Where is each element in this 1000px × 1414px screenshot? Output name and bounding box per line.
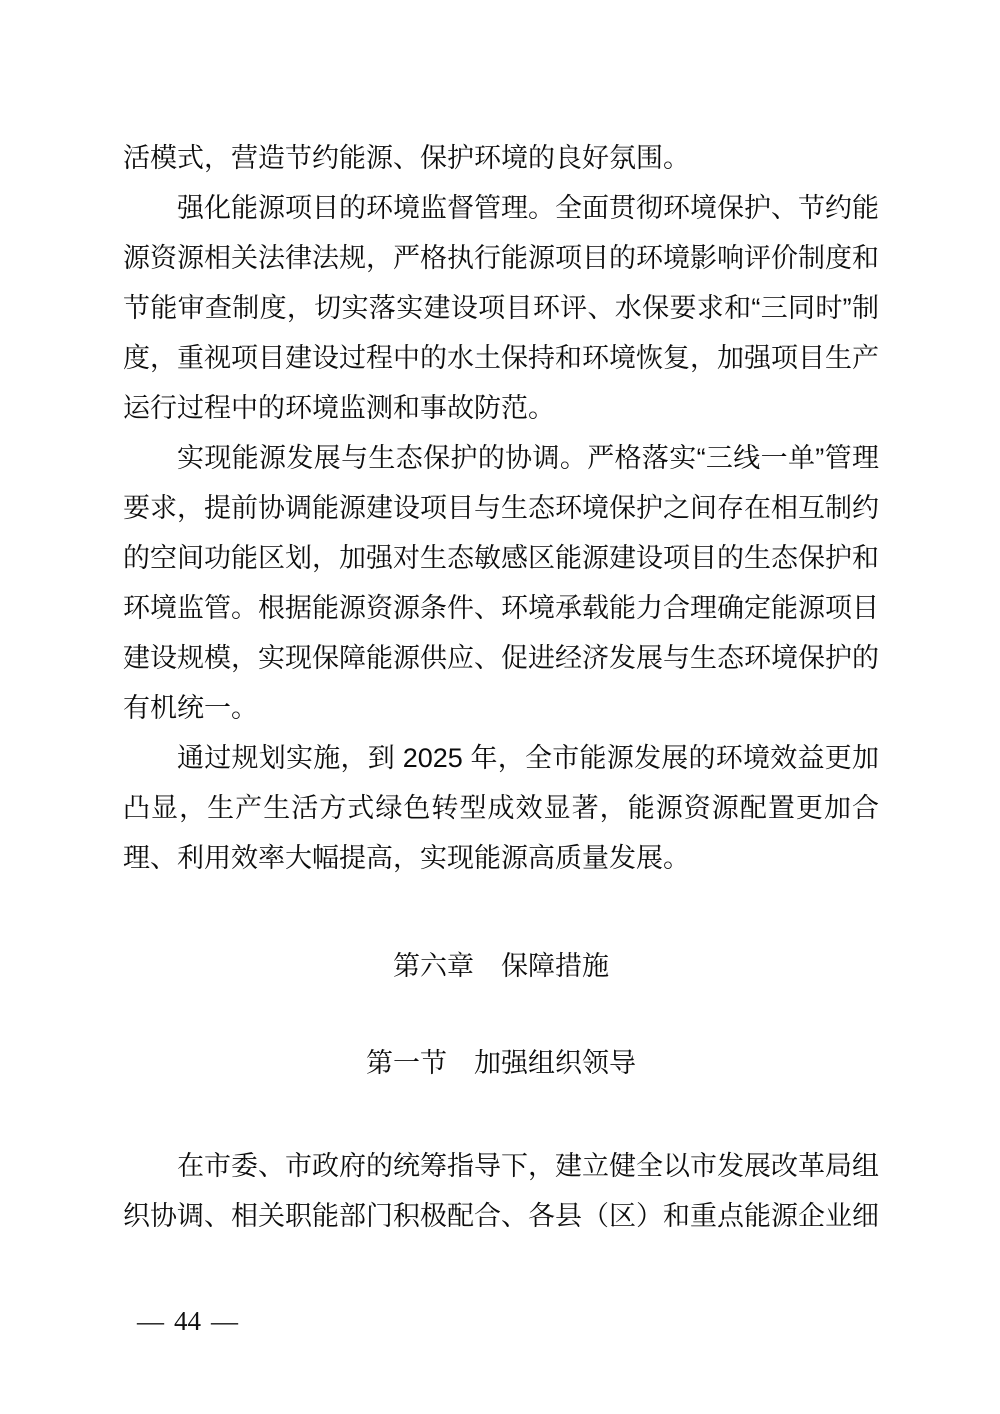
document-page: 活模式，营造节约能源、保护环境的良好氛围。 强化能源项目的环境监督管理。全面贯彻… xyxy=(0,0,1000,1414)
paragraph-continuation: 活模式，营造节约能源、保护环境的良好氛围。 xyxy=(123,133,879,183)
paragraph-eco-coordination: 实现能源发展与生态保护的协调。严格落实“三线一单”管理要求，提前协调能源建设项目… xyxy=(123,433,879,733)
chapter-heading: 第六章 保障措施 xyxy=(123,941,879,991)
page-number-dash-right: — xyxy=(211,1306,238,1336)
paragraph-org-leadership: 在市委、市政府的统筹指导下，建立健全以市发展改革局组织协调、相关职能部门积极配合… xyxy=(123,1141,879,1241)
page-number-dash-left: — xyxy=(137,1306,164,1336)
section-heading: 第一节 加强组织领导 xyxy=(123,1038,879,1088)
document-body: 活模式，营造节约能源、保护环境的良好氛围。 强化能源项目的环境监督管理。全面贯彻… xyxy=(123,133,879,1241)
page-footer: — 44 — xyxy=(137,1306,238,1336)
paragraph-plan-outcome: 通过规划实施，到 2025 年，全市能源发展的环境效益更加凸显，生产生活方式绿色… xyxy=(123,733,879,883)
page-number: 44 xyxy=(174,1306,201,1336)
paragraph-env-supervision: 强化能源项目的环境监督管理。全面贯彻环境保护、节约能源资源相关法律法规，严格执行… xyxy=(123,183,879,433)
